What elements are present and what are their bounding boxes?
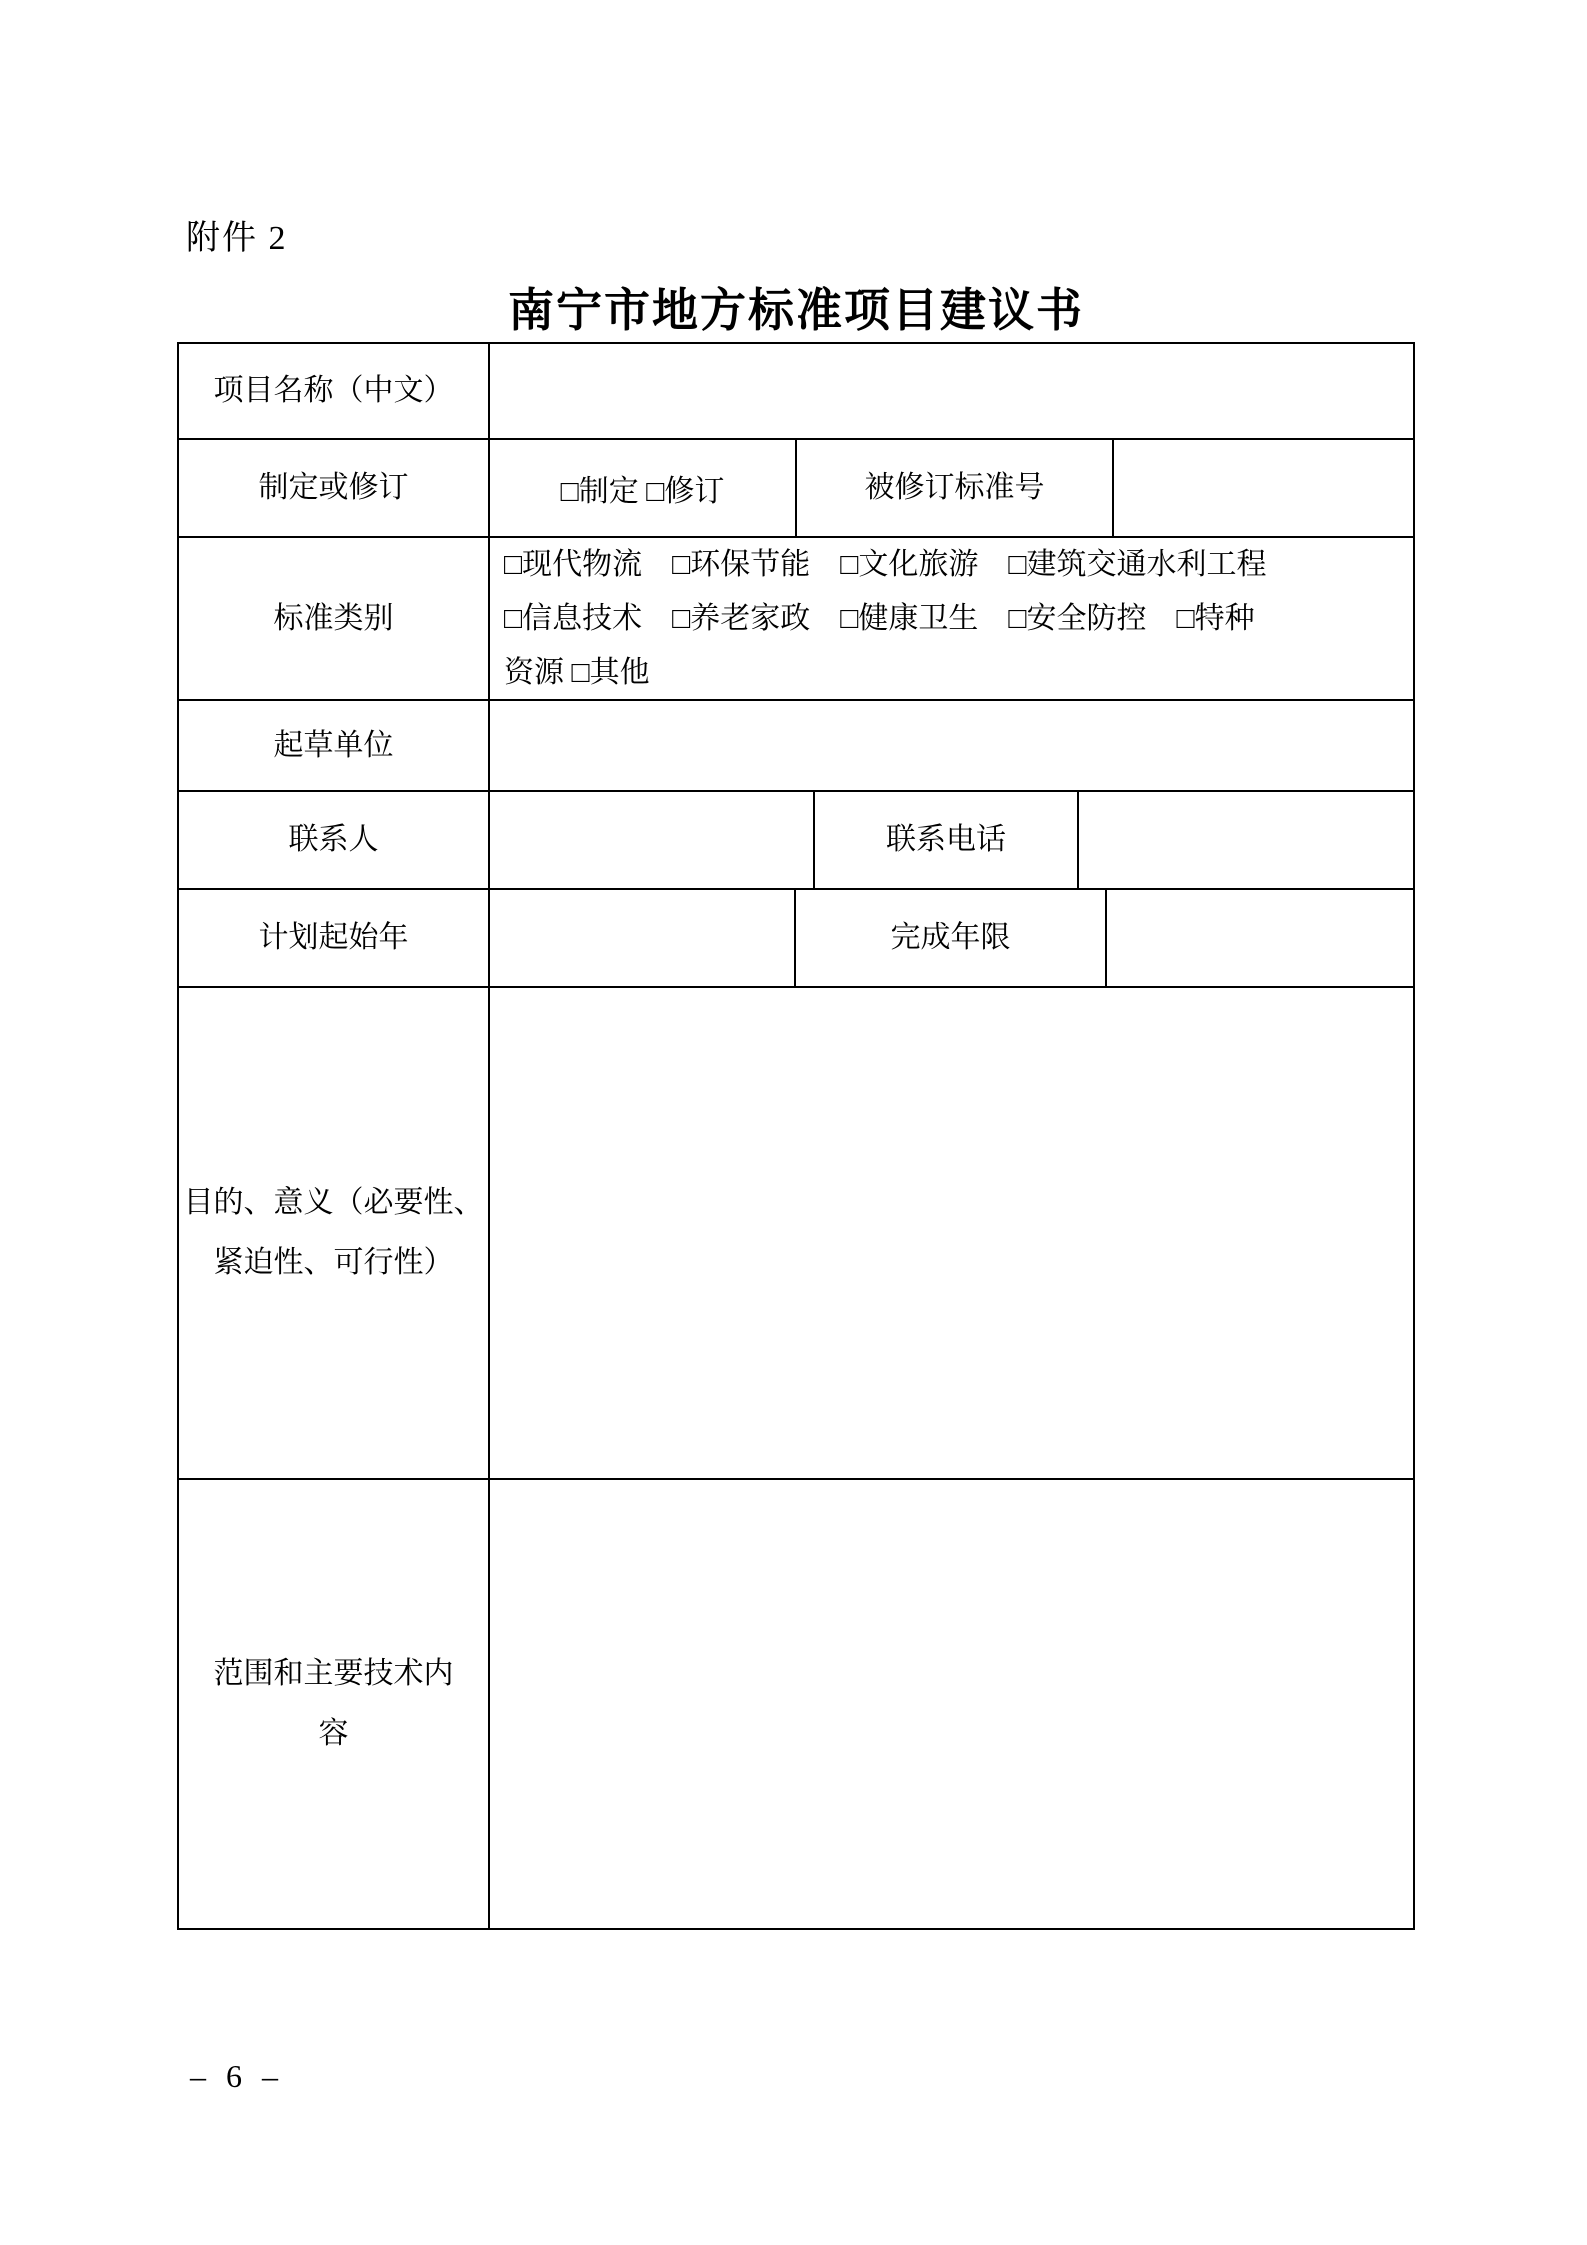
completion-year-label: 完成年限 (796, 890, 1107, 986)
document-page: 附件 2 南宁市地方标准项目建议书 项目名称（中文） 制定或修订 □制定 □修订… (0, 0, 1587, 2245)
scope-value-cell[interactable] (490, 1480, 1413, 1928)
formulate-or-revise-options-cell[interactable]: □制定 □修订 (490, 440, 797, 536)
drafting-unit-label: 起草单位 (179, 701, 490, 790)
page-title: 南宁市地方标准项目建议书 (177, 274, 1415, 340)
category-label: 标准类别 (179, 538, 490, 699)
drafting-unit-value-cell[interactable] (490, 701, 1413, 790)
revised-standard-no-label: 被修订标准号 (797, 440, 1114, 536)
category-options-line1[interactable]: □现代物流 □环保节能 □文化旅游 □建筑交通水利工程 (504, 538, 1266, 592)
row-years: 计划起始年 完成年限 (179, 890, 1413, 988)
project-name-label: 项目名称（中文） (179, 344, 490, 438)
start-year-label: 计划起始年 (179, 890, 490, 986)
formulate-or-revise-label: 制定或修订 (179, 440, 490, 536)
purpose-value-cell[interactable] (490, 988, 1413, 1478)
revised-standard-no-value-cell[interactable] (1114, 440, 1413, 536)
category-options-cell[interactable]: □现代物流 □环保节能 □文化旅游 □建筑交通水利工程 □信息技术 □养老家政 … (490, 538, 1413, 699)
row-project-name: 项目名称（中文） (179, 344, 1413, 440)
category-options-line3[interactable]: 资源 □其他 (504, 646, 650, 700)
page-number: – 6 – (190, 2058, 284, 2095)
row-purpose: 目的、意义（必要性、 紧迫性、可行性） (179, 988, 1413, 1480)
scope-label: 范围和主要技术内 容 (179, 1480, 490, 1928)
contact-phone-label: 联系电话 (815, 792, 1079, 888)
row-drafting-unit: 起草单位 (179, 701, 1413, 792)
start-year-value-cell[interactable] (490, 890, 796, 986)
contact-phone-value-cell[interactable] (1079, 792, 1413, 888)
row-contact: 联系人 联系电话 (179, 792, 1413, 890)
row-scope: 范围和主要技术内 容 (179, 1480, 1413, 1928)
completion-year-value-cell[interactable] (1107, 890, 1413, 986)
category-options-line2[interactable]: □信息技术 □养老家政 □健康卫生 □安全防控 □特种 (504, 592, 1255, 646)
contact-person-value-cell[interactable] (490, 792, 815, 888)
row-formulate-or-revise: 制定或修订 □制定 □修订 被修订标准号 (179, 440, 1413, 538)
contact-person-label: 联系人 (179, 792, 490, 888)
purpose-label: 目的、意义（必要性、 紧迫性、可行性） (179, 988, 490, 1478)
proposal-form-table: 项目名称（中文） 制定或修订 □制定 □修订 被修订标准号 标准类别 (177, 342, 1415, 1930)
project-name-value-cell[interactable] (490, 344, 1413, 438)
attachment-label: 附件 2 (186, 210, 288, 259)
formulate-revise-checkboxes[interactable]: □制定 □修订 (561, 466, 725, 510)
row-category: 标准类别 □现代物流 □环保节能 □文化旅游 □建筑交通水利工程 □信息技术 □… (179, 538, 1413, 701)
